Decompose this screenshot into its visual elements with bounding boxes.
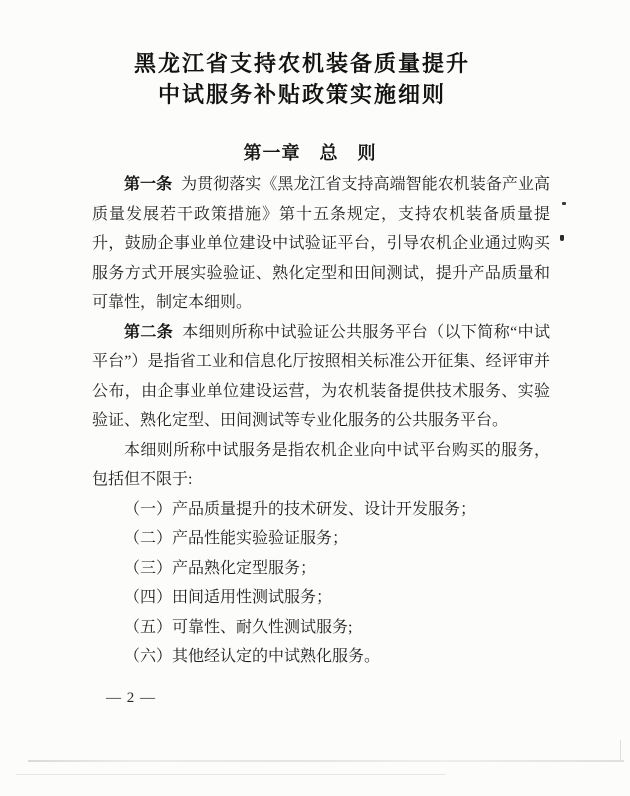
- scan-edge-line: [620, 740, 621, 761]
- page-number: — 2 —: [106, 690, 156, 707]
- scanned-document-page: 黑龙江省支持农机装备质量提升 中试服务补贴政策实施细则 第一章 总 则 第一条为…: [0, 0, 630, 796]
- scan-edge-line: [28, 760, 624, 762]
- article-paragraph: 第二条本细则所称中试验证公共服务平台（以下简称“中试平台”）是指省工业和信息化厅…: [92, 318, 550, 436]
- document-body: 第一条为贯彻落实《黑龙江省支持高端智能农机装备产业高质量发展若干政策措施》第十五…: [92, 170, 550, 672]
- article-text: 为贯彻落实《黑龙江省支持高端智能农机装备产业高质量发展若干政策措施》第十五条规定…: [92, 176, 550, 311]
- document-title: 黑龙江省支持农机装备质量提升 中试服务补贴政策实施细则: [0, 48, 604, 110]
- article-paragraph: 第一条为贯彻落实《黑龙江省支持高端智能农机装备产业高质量发展若干政策措施》第十五…: [92, 170, 550, 318]
- scan-speck: [560, 235, 564, 241]
- document-title-line1: 黑龙江省支持农机装备质量提升: [0, 48, 604, 79]
- list-item: （五）可靠性、耐久性测试服务;: [92, 613, 550, 643]
- list-item: （四）田间适用性测试服务；: [92, 583, 550, 613]
- article-text: 本细则所称中试服务是指农机企业向中试平台购买的服务，包括但不限于:: [92, 442, 550, 489]
- list-item: （三）产品熟化定型服务；: [92, 554, 550, 584]
- scan-edge-line: [16, 774, 446, 775]
- list-item: （二）产品性能实验验证服务；: [92, 524, 550, 554]
- chapter-heading: 第一章 总 则: [0, 139, 620, 165]
- article-number: 第二条: [124, 324, 173, 341]
- article-number: 第一条: [124, 176, 172, 193]
- list-item: （一）产品质量提升的技术研发、设计开发服务；: [92, 495, 550, 525]
- document-title-line2: 中试服务补贴政策实施细则: [0, 79, 604, 110]
- scan-speck: [562, 202, 566, 205]
- list-item: （六）其他经认定的中试熟化服务。: [92, 642, 550, 672]
- article-paragraph: 本细则所称中试服务是指农机企业向中试平台购买的服务，包括但不限于:: [92, 436, 550, 495]
